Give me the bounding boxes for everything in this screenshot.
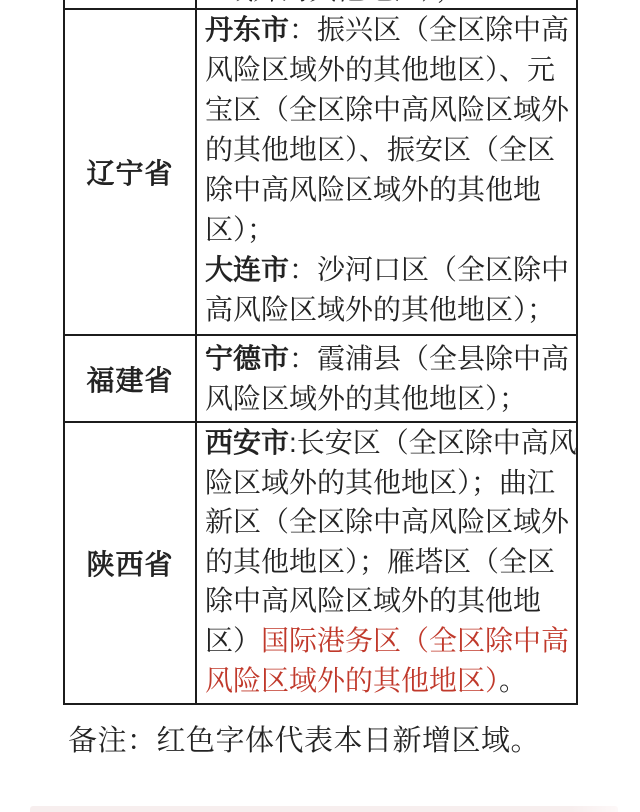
table-row-liaoning: 辽宁省 丹东市：振兴区（全区除中高风险区域外的其他地区）、元宝区（全区除中高风险… — [65, 8, 576, 334]
area-text-line: 西安市:长安区（全区除中高风 — [205, 423, 576, 463]
area-text-line: 除中高风险区域外的其他地 — [205, 170, 576, 210]
province-cell-clipped — [65, 0, 197, 8]
area-cell-liaoning: 丹东市：振兴区（全区除中高风险区域外的其他地区）、元宝区（全区除中高风险区域外的… — [197, 10, 576, 334]
area-text-line: 宁德市：霞浦县（全县除中高 — [205, 339, 576, 379]
area-text-line: 丹东市：振兴区（全区除中高 — [205, 10, 576, 50]
area-text-line: 宝区（全区除中高风险区域外 — [205, 90, 576, 130]
area-cell-clipped: 域外的其他地区）； — [197, 0, 576, 8]
area-text-line: 的其他地区）；雁塔区（全区 — [205, 542, 576, 582]
bottom-banner-edge — [30, 806, 618, 812]
page: 域外的其他地区）； 辽宁省 丹东市：振兴区（全区除中高风险区域外的其他地区）、元… — [0, 0, 640, 812]
table-row-clipped: 域外的其他地区）； — [65, 0, 576, 8]
new-area-red-text: 风险区域外的其他地区） — [205, 665, 499, 696]
clipped-text-fragment: 域外的其他地区）； — [225, 0, 463, 8]
province-cell-liaoning: 辽宁省 — [65, 10, 197, 334]
area-text-line: 风险区域外的其他地区）。 — [205, 661, 576, 701]
risk-area-table: 域外的其他地区）； 辽宁省 丹东市：振兴区（全区除中高风险区域外的其他地区）、元… — [63, 0, 578, 705]
area-text-line: 除中高风险区域外的其他地 — [205, 581, 576, 621]
area-text-line: 区）国际港务区（全区除中高 — [205, 621, 576, 661]
area-text-line: 风险区域外的其他地区）； — [205, 379, 576, 419]
table-row-shaanxi: 陕西省 西安市:长安区（全区除中高风险区域外的其他地区）；曲江新区（全区除中高风… — [65, 421, 576, 703]
new-area-red-text: 国际港务区（全区除中高 — [261, 625, 569, 656]
area-text-line: 险区域外的其他地区）；曲江 — [205, 463, 576, 503]
area-text-line: 新区（全区除中高风险区域外 — [205, 502, 576, 542]
area-text-line: 的其他地区）、振安区（全区 — [205, 130, 576, 170]
area-cell-shaanxi: 西安市:长安区（全区除中高风险区域外的其他地区）；曲江新区（全区除中高风险区域外… — [197, 423, 576, 703]
province-cell-fujian: 福建省 — [65, 336, 197, 421]
area-cell-fujian: 宁德市：霞浦县（全县除中高风险区域外的其他地区）； — [197, 336, 576, 421]
table-row-fujian: 福建省 宁德市：霞浦县（全县除中高风险区域外的其他地区）； — [65, 334, 576, 421]
province-cell-shaanxi: 陕西省 — [65, 423, 197, 703]
area-text-line: 高风险区域外的其他地区）； — [205, 290, 576, 330]
area-text-line: 风险区域外的其他地区）、元 — [205, 50, 576, 90]
area-text-line: 大连市：沙河口区（全区除中 — [205, 250, 576, 290]
note-text: 备注：红色字体代表本日新增区域。 — [68, 722, 540, 760]
area-text-line: 区）； — [205, 210, 576, 250]
